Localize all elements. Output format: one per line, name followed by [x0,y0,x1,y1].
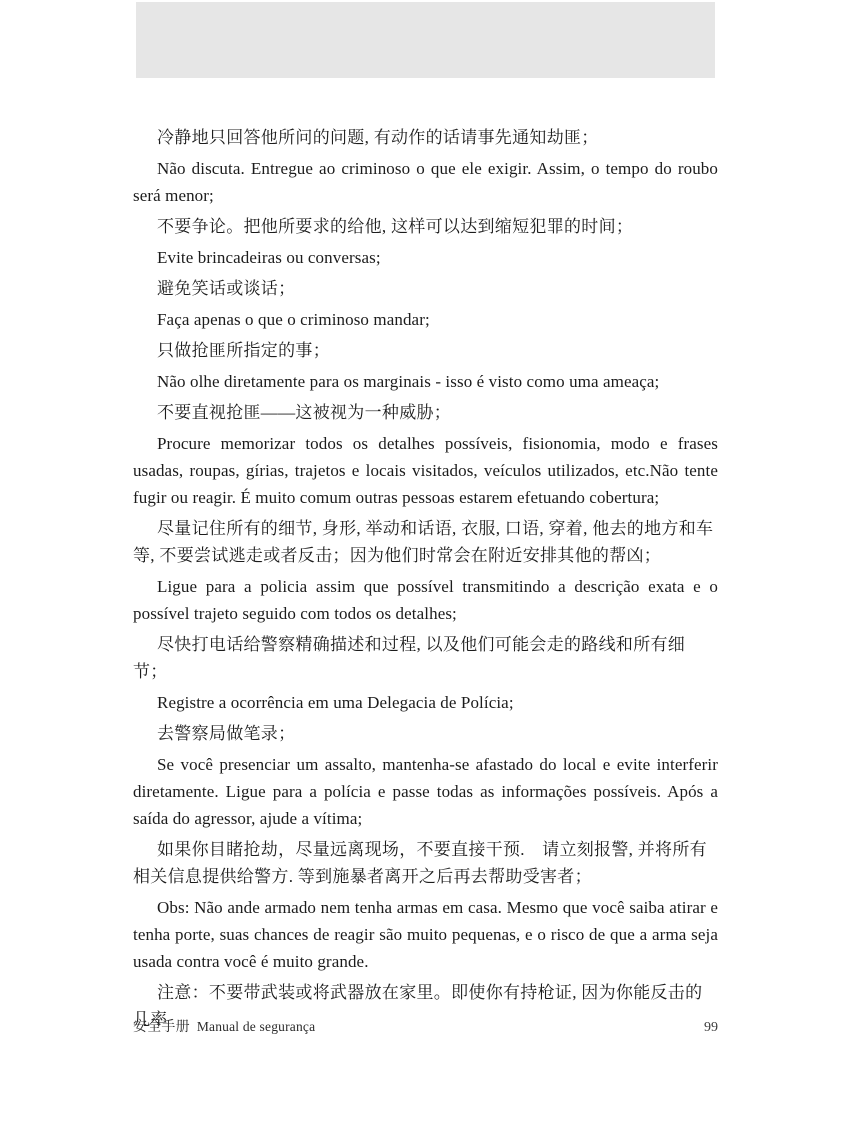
document-page: 冷静地只回答他所问的问题, 有动作的话请事先通知劫匪；Não discuta. … [0,0,850,1122]
page-footer: 安全手册Manual de segurança 99 [133,1016,718,1036]
page-body-text: 冷静地只回答他所问的问题, 有动作的话请事先通知劫匪；Não discuta. … [133,124,718,1037]
paragraph-12-pt: Ligue para a policia assim que possível … [133,573,718,627]
paragraph-8-pt: Não olhe diretamente para os marginais -… [133,368,718,395]
paragraph-13-zh: 尽快打电话给警察精确描述和过程, 以及他们可能会走的路线和所有细节； [133,631,718,685]
paragraph-6-pt: Faça apenas o que o criminoso mandar; [133,306,718,333]
paragraph-18-pt: Obs: Não ande armado nem tenha armas em … [133,894,718,975]
paragraph-16-pt: Se você presenciar um assalto, mantenha-… [133,751,718,832]
paragraph-14-pt: Registre a ocorrência em uma Delegacia d… [133,689,718,716]
running-footer-title: 安全手册Manual de segurança [133,1016,315,1036]
paragraph-4-pt: Evite brincadeiras ou conversas; [133,244,718,271]
paragraph-2-pt: Não discuta. Entregue ao criminoso o que… [133,155,718,209]
footer-title-chinese: 安全手册 [133,1020,190,1035]
page-number: 99 [704,1020,718,1036]
paragraph-10-pt: Procure memorizar todos os detalhes poss… [133,430,718,511]
paragraph-9-zh: 不要直视抢匪——这被视为一种威胁； [133,399,718,426]
paragraph-7-zh: 只做抢匪所指定的事； [133,337,718,364]
paragraph-5-zh: 避免笑话或谈话； [133,275,718,302]
paragraph-15-zh: 去警察局做笔录； [133,720,718,747]
footer-title-portuguese: Manual de segurança [197,1019,316,1034]
paragraph-3-zh: 不要争论。把他所要求的给他, 这样可以达到缩短犯罪的时间； [133,213,718,240]
paragraph-1-zh: 冷静地只回答他所问的问题, 有动作的话请事先通知劫匪； [133,124,718,151]
paragraph-11-zh: 尽量记住所有的细节, 身形, 举动和话语, 衣服, 口语, 穿着, 他去的地方和… [133,515,718,569]
paragraph-17-zh: 如果你目睹抢劫，尽量远离现场，不要直接干预. 请立刻报警, 并将所有相关信息提供… [133,836,718,890]
header-image-placeholder [136,2,715,78]
